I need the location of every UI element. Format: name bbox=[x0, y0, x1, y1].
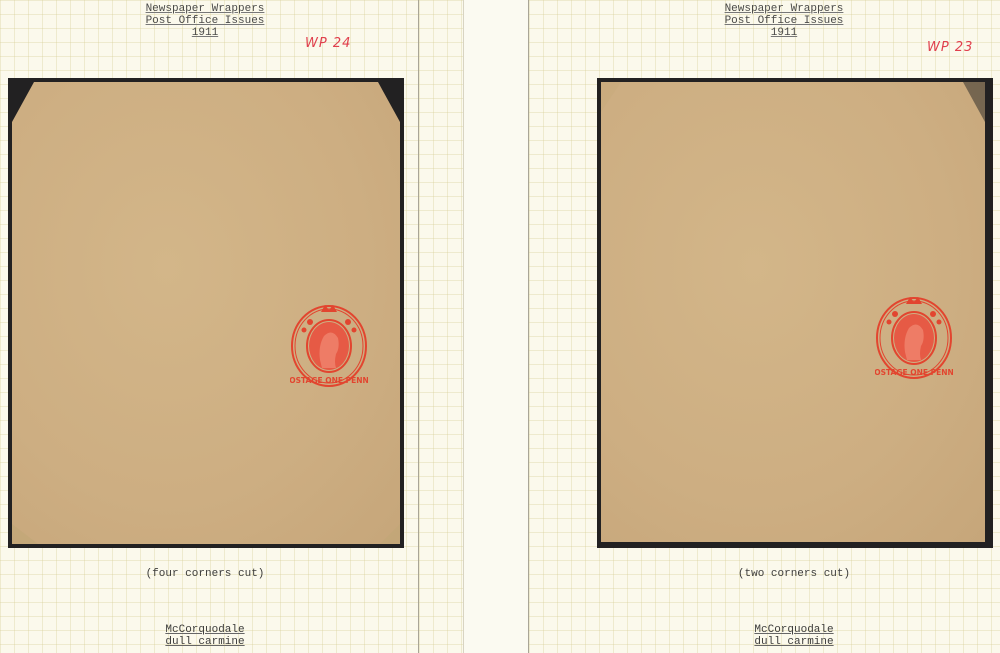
page-header: Newspaper Wrappers Post Office Issues 19… bbox=[699, 3, 869, 39]
wrapper-caption: (two corners cut) bbox=[709, 568, 879, 580]
stamp-text: POSTAGE ONE PENNY bbox=[875, 368, 953, 377]
album-page-right: Newspaper Wrappers Post Office Issues 19… bbox=[528, 0, 1000, 653]
gutter-grid-strip bbox=[419, 0, 464, 653]
page-header: Newspaper Wrappers Post Office Issues 19… bbox=[120, 3, 290, 39]
header-subtitle: Post Office Issues bbox=[120, 15, 290, 27]
stamp-mount: POSTAGE ONE PENNY bbox=[8, 78, 404, 548]
stamp-impression-one-penny: POSTAGE ONE PENNY bbox=[290, 300, 368, 388]
header-title: Newspaper Wrappers bbox=[699, 3, 869, 15]
header-title: Newspaper Wrappers bbox=[120, 3, 290, 15]
printer-name: McCorquodale bbox=[120, 624, 290, 636]
printer-color: dull carmine bbox=[120, 636, 290, 648]
printer-color: dull carmine bbox=[709, 636, 879, 648]
newspaper-wrapper: POSTAGE ONE PENNY bbox=[12, 82, 400, 544]
printer-info: McCorquodale dull carmine bbox=[120, 624, 290, 648]
cut-corner-top-left bbox=[601, 82, 621, 112]
printer-name: McCorquodale bbox=[709, 624, 879, 636]
wrapper-caption: (four corners cut) bbox=[120, 568, 290, 580]
cut-corner-bottom-right bbox=[380, 524, 400, 544]
header-year: 1911 bbox=[699, 27, 869, 39]
cut-corner-top-right bbox=[378, 82, 400, 122]
album-page-left: Newspaper Wrappers Post Office Issues 19… bbox=[0, 0, 419, 653]
reference-number: WP 24 bbox=[305, 36, 351, 51]
cut-corner-top-left bbox=[12, 82, 34, 122]
album-gutter bbox=[419, 0, 528, 653]
printer-info: McCorquodale dull carmine bbox=[709, 624, 879, 648]
stamp-mount: POSTAGE ONE PENNY bbox=[597, 78, 993, 548]
stamp-text: POSTAGE ONE PENNY bbox=[290, 376, 368, 385]
cut-corner-bottom-left bbox=[12, 524, 38, 544]
header-year: 1911 bbox=[120, 27, 290, 39]
newspaper-wrapper: POSTAGE ONE PENNY bbox=[601, 82, 985, 542]
stamp-impression-one-penny: POSTAGE ONE PENNY bbox=[875, 292, 953, 380]
cut-corner-top-right bbox=[963, 82, 985, 122]
reference-number: WP 23 bbox=[927, 40, 973, 55]
header-subtitle: Post Office Issues bbox=[699, 15, 869, 27]
